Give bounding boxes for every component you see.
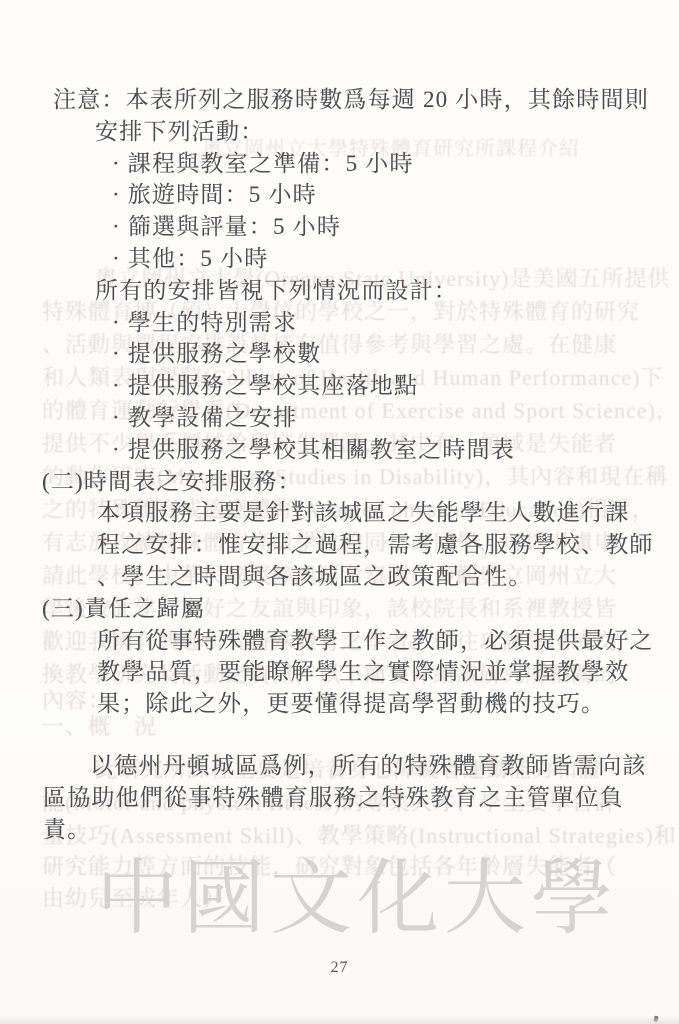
page-body-text: 注意：本表所列之服務時數爲每週 20 小時，其餘時間則 安排下列活動： · 課程… bbox=[0, 84, 679, 845]
text-line: 所有的安排皆視下列情況而設計： bbox=[0, 275, 679, 307]
bullet-line: · 篩選與評量：5 小時 bbox=[0, 211, 679, 243]
text-line: 、學生之時間與各該城區之政策配合性。 bbox=[0, 561, 679, 593]
section-heading-line: (二)時間表之安排服務： bbox=[0, 466, 679, 498]
document-page: 奧立岡州立大學特殊體育研究所課程介紹 奧立岡州立大學(Oregon State … bbox=[0, 0, 679, 1024]
page-number: 27 bbox=[0, 959, 679, 977]
text-line: 程之安排：惟安排之過程，需考慮各服務學校、教師 bbox=[0, 529, 679, 561]
text-line: 教學品質，要能瞭解學生之實際情況並掌握教學效 bbox=[0, 656, 679, 688]
bullet-line: · 提供服務之學校其座落地點 bbox=[0, 370, 679, 402]
bullet-line: · 其他：5 小時 bbox=[0, 243, 679, 275]
text-line: 以德州丹頓城區爲例，所有的特殊體育教師皆需向該 bbox=[0, 750, 679, 782]
text-line: 責。 bbox=[0, 814, 679, 846]
note-line: 注意：本表所列之服務時數爲每週 20 小時，其餘時間則 bbox=[0, 84, 679, 116]
bullet-line: · 學生的特別需求 bbox=[0, 307, 679, 339]
text-line: 所有從事特殊體育教學工作之教師，必須提供最好之 bbox=[0, 625, 679, 657]
bullet-line: · 提供服務之學校其相關教室之時間表 bbox=[0, 434, 679, 466]
bullet-line: · 提供服務之學校數 bbox=[0, 338, 679, 370]
section-heading-line: (三)責任之歸屬 bbox=[0, 593, 679, 625]
scan-edge-shadow bbox=[0, 1016, 679, 1024]
text-line: 安排下列活動： bbox=[0, 116, 679, 148]
bullet-line: · 旅遊時間：5 小時 bbox=[0, 179, 679, 211]
bullet-line: · 教學設備之安排 bbox=[0, 402, 679, 434]
text-line: 區協助他們從事特殊體育服務之特殊教育之主管單位負 bbox=[0, 782, 679, 814]
watermark-university-name: 中國文化大學 bbox=[96, 858, 618, 940]
text-line: 本項服務主要是針對該城區之失能學生人數進行課 bbox=[0, 497, 679, 529]
bullet-line: · 課程與教室之準備：5 小時 bbox=[0, 148, 679, 180]
text-line: 果；除此之外，更要懂得提高學習動機的技巧。 bbox=[0, 688, 679, 720]
